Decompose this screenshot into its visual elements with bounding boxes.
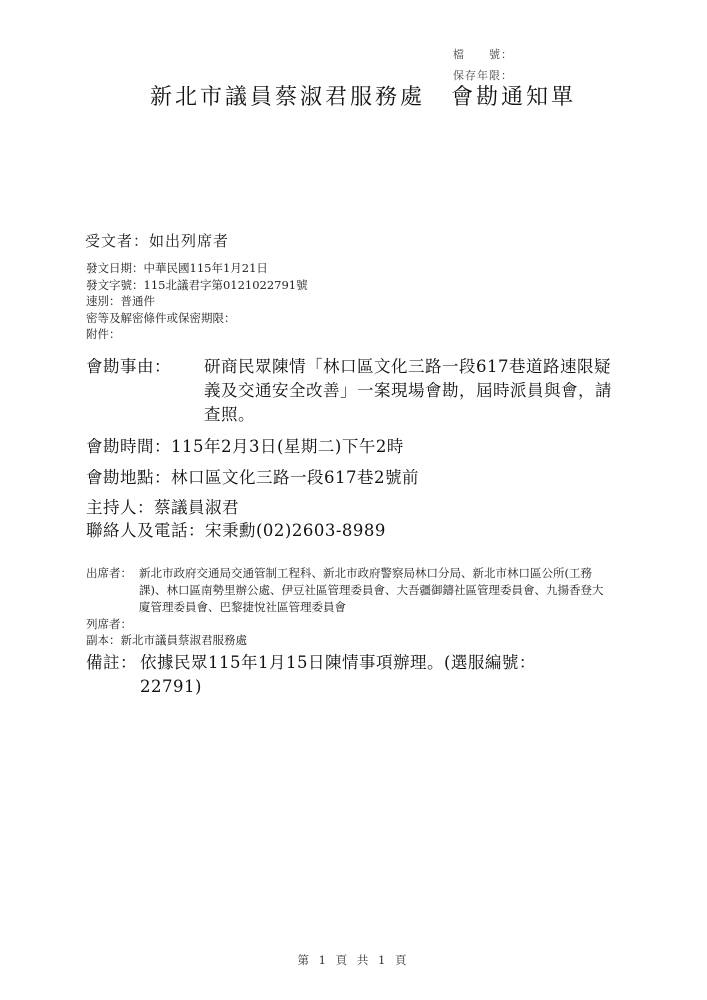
carbon-copy: 副本：新北市議員蔡淑君服務處 [86, 632, 247, 648]
observers: 列席者： [86, 616, 132, 632]
attendees-label: 出席者： [86, 565, 139, 616]
contact-person: 聯絡人及電話：宋秉勳(02)2603-8989 [86, 517, 386, 541]
issue-date: 發文日期：中華民國115年1月21日 [86, 260, 308, 277]
confidentiality: 密等及解密條件或保密期限： [86, 310, 308, 327]
attendees-text: 新北市政府交通局交通管制工程科、新北市政府警察局林口分局、新北市林口區公所(工務… [139, 565, 609, 616]
inspection-time: 會勘時間：115年2月3日(星期二)下午2時 [86, 433, 404, 457]
reason-label: 會勘事由： [86, 355, 204, 427]
inspection-location: 會勘地點：林口區文化三路一段617巷2號前 [86, 464, 419, 488]
remark-label: 備註： [86, 651, 140, 699]
reason-text: 研商民眾陳情「林口區文化三路一段617巷道路速限疑義及交通安全改善」一案現場會勘… [204, 355, 614, 427]
remark: 備註： 依據民眾115年1月15日陳情事項辦理。(選服編號：22791) [86, 651, 590, 699]
document-page: 檔 號： 保存年限： 新北市議員蔡淑君服務處會勘通知單 受文者：如出列席者 發文… [0, 0, 707, 1000]
attendees: 出席者： 新北市政府交通局交通管制工程科、新北市政府警察局林口分局、新北市林口區… [86, 565, 609, 616]
office-name: 新北市議員蔡淑君服務處 [150, 85, 425, 110]
host: 主持人：蔡議員淑君 [86, 494, 239, 518]
page-number: 第 1 頁 共 1 頁 [0, 952, 707, 968]
attachments: 附件： [86, 326, 308, 343]
document-number: 發文字號：115北議君字第0121022791號 [86, 277, 308, 294]
inspection-reason: 會勘事由： 研商民眾陳情「林口區文化三路一段617巷道路速限疑義及交通安全改善」… [86, 355, 614, 427]
recipient: 受文者：如出列席者 [85, 230, 229, 251]
delivery-speed: 速別：普通件 [86, 293, 308, 310]
file-number-label: 檔 號： [453, 46, 513, 62]
document-type: 會勘通知單 [451, 85, 576, 110]
page-title: 新北市議員蔡淑君服務處會勘通知單 [150, 80, 576, 111]
document-details: 發文日期：中華民國115年1月21日 發文字號：115北議君字第01210227… [86, 260, 308, 343]
remark-text: 依據民眾115年1月15日陳情事項辦理。(選服編號：22791) [140, 651, 590, 699]
